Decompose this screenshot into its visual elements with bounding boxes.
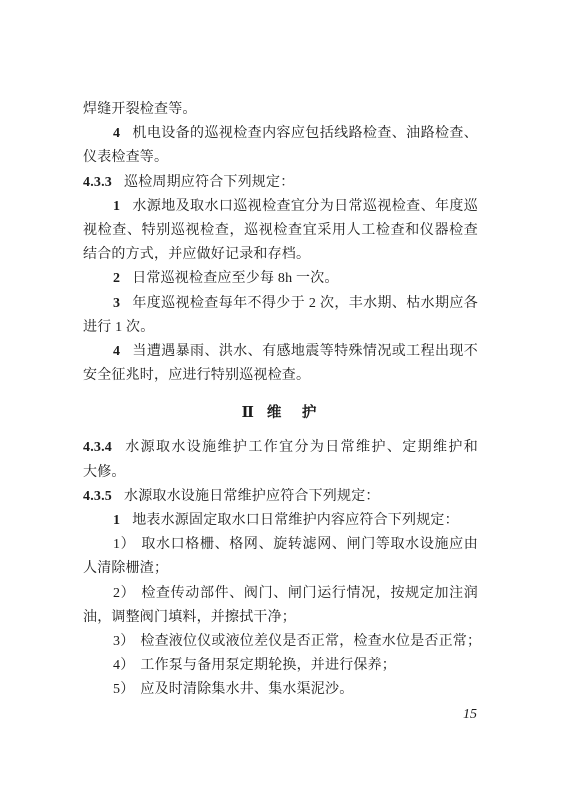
body-line: 油，调整阀门填料，并擦拭干净； [83, 606, 478, 630]
text-block: 焊缝开裂检查等。 4机电设备的巡视检查内容应包括线路检查、油路检查、 仪表检查等… [83, 98, 478, 727]
line-text: 结合的方式，并应做好记录和存档。 [83, 247, 310, 262]
line-text: 焊缝开裂检查等。 [83, 102, 197, 117]
line-text: 安全征兆时，应进行特别巡视检查。 [83, 368, 310, 383]
line-text: 年度巡视检查每年不得少于 2 次，丰水期、枯水期应各 [132, 296, 478, 311]
body-line: 人清除栅渣； [83, 557, 478, 581]
section-line: 4.3.3巡检周期应符合下列规定： [83, 171, 478, 195]
line-text: 油，调整阀门填料，并擦拭干净； [83, 610, 296, 625]
subitem-number: 2） [113, 586, 135, 601]
clause-line: 2日常巡视检查应至少每 8h 一次。 [83, 267, 478, 291]
body-line: 结合的方式，并应做好记录和存档。 [83, 243, 478, 267]
body-line: 大修。 [83, 461, 478, 485]
subitem-line: 5）应及时清除集水井、集水渠泥沙。 [83, 678, 478, 702]
section-number: 4.3.4 [83, 440, 112, 455]
clause-number: 4 [113, 344, 120, 359]
line-text: 机电设备的巡视检查内容应包括线路检查、油路检查、 [132, 126, 478, 141]
section-number: 4.3.3 [83, 175, 112, 190]
line-text: 工作泵与备用泵定期轮换，并进行保养； [140, 658, 396, 673]
line-text: 日常巡视检查应至少每 8h 一次。 [132, 271, 338, 286]
line-text: 水源地及取水口巡视检查宜分为日常巡视检查、年度巡 [132, 199, 478, 214]
line-text: 检查液位仪或液位差仪是否正常，检查水位是否正常； [140, 634, 481, 649]
body-line: 安全征兆时，应进行特别巡视检查。 [83, 364, 478, 388]
line-text: 当遭遇暴雨、洪水、有感地震等特殊情况或工程出现不 [132, 344, 478, 359]
subitem-number: 4） [113, 658, 134, 673]
subitem-number: 3） [113, 634, 134, 649]
clause-line: 1水源地及取水口巡视检查宜分为日常巡视检查、年度巡 [83, 195, 478, 219]
clause-number: 2 [113, 271, 120, 286]
body-line: 仪表检查等。 [83, 146, 478, 170]
line-text: 水源取水设施维护工作宜分为日常维护、定期维护和 [124, 440, 478, 455]
clause-line: 3年度巡视检查每年不得少于 2 次，丰水期、枯水期应各 [83, 292, 478, 316]
heading-numeral: Ⅱ [242, 405, 254, 421]
line-text: 巡检周期应符合下列规定： [124, 175, 294, 190]
section-line: 4.3.5水源取水设施日常维护应符合下列规定： [83, 485, 478, 509]
subitem-number: 5） [113, 682, 134, 697]
section-number: 4.3.5 [83, 489, 112, 504]
line-text: 大修。 [83, 465, 126, 480]
body-line: 焊缝开裂检查等。 [83, 98, 478, 122]
line-text: 地表水源固定取水口日常维护内容应符合下列规定： [132, 513, 459, 528]
section-line: 4.3.4水源取水设施维护工作宜分为日常维护、定期维护和 [83, 436, 478, 460]
heading-title: 维 护 [267, 405, 320, 421]
clause-number: 1 [113, 199, 120, 214]
subitem-line: 4）工作泵与备用泵定期轮换，并进行保养； [83, 654, 478, 678]
line-text: 仪表检查等。 [83, 150, 168, 165]
line-text: 水源取水设施日常维护应符合下列规定： [124, 489, 380, 504]
line-text: 人清除栅渣； [83, 561, 168, 576]
document-page: 焊缝开裂检查等。 4机电设备的巡视检查内容应包括线路检查、油路检查、 仪表检查等… [0, 0, 561, 804]
subitem-line: 1）取水口格栅、格网、旋转滤网、闸门等取水设施应由专 [83, 533, 478, 557]
line-text: 取水口格栅、格网、旋转滤网、闸门等取水设施应由专 [83, 537, 478, 557]
body-line: 视检查、特别巡视检查，巡视检查宜采用人工检查和仪器检查相 [83, 219, 478, 243]
clause-line: 4机电设备的巡视检查内容应包括线路检查、油路检查、 [83, 122, 478, 146]
clause-line: 4当遭遇暴雨、洪水、有感地震等特殊情况或工程出现不 [83, 340, 478, 364]
subitem-line: 3）检查液位仪或液位差仪是否正常，检查水位是否正常； [83, 630, 478, 654]
section-heading: Ⅱ维 护 [83, 401, 478, 425]
subitem-number: 1） [113, 537, 135, 552]
line-text: 视检查、特别巡视检查，巡视检查宜采用人工检查和仪器检查相 [83, 223, 478, 243]
page-number: 15 [83, 703, 478, 727]
line-text: 应及时清除集水井、集水渠泥沙。 [140, 682, 353, 697]
clause-line: 1地表水源固定取水口日常维护内容应符合下列规定： [83, 509, 478, 533]
line-text: 检查传动部件、阀门、闸门运行情况，按规定加注润滑 [83, 586, 478, 606]
subitem-line: 2）检查传动部件、阀门、闸门运行情况，按规定加注润滑 [83, 582, 478, 606]
clause-number: 3 [113, 296, 120, 311]
clause-number: 4 [113, 126, 120, 141]
body-line: 进行 1 次。 [83, 316, 478, 340]
clause-number: 1 [113, 513, 120, 528]
line-text: 进行 1 次。 [83, 320, 154, 335]
